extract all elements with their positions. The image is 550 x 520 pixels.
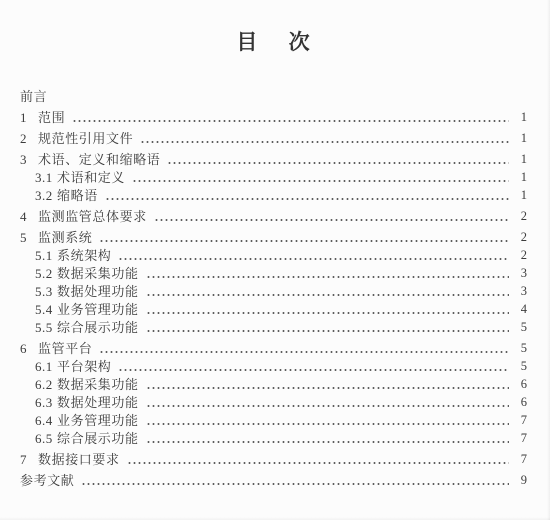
toc-entry: 6.3数据处理功能6 [20, 395, 527, 410]
page-number: 2 [515, 230, 527, 245]
dot-leader [146, 302, 509, 317]
page-number: 1 [515, 131, 527, 146]
entry-number: 6.4 [35, 413, 57, 428]
entry-number: 2 [20, 131, 38, 146]
entry-label: 综合展示功能 [57, 320, 139, 335]
entry-label: 规范性引用文件 [38, 131, 133, 146]
toc-entry: 5.2数据采集功能3 [20, 266, 527, 281]
entry-label: 数据接口要求 [38, 452, 120, 467]
dot-leader [154, 209, 509, 224]
entry-label: 监测系统 [38, 230, 92, 245]
entry-label: 数据处理功能 [57, 395, 139, 410]
entry-number: 6.1 [35, 359, 57, 374]
page-number: 5 [515, 359, 527, 374]
toc-entry: 6.5综合展示功能7 [20, 431, 527, 446]
entry-label: 范围 [38, 110, 65, 125]
dot-leader [127, 452, 509, 467]
dot-leader [146, 284, 509, 299]
toc-entry: 2规范性引用文件1 [20, 131, 527, 146]
entry-number: 6.2 [35, 377, 57, 392]
toc-entry: 1范围1 [20, 110, 527, 125]
entry-number: 3 [20, 152, 38, 167]
entry-label: 平台架构 [57, 359, 111, 374]
dot-leader [81, 473, 509, 488]
entry-label: 业务管理功能 [57, 413, 139, 428]
page-number: 5 [515, 320, 527, 335]
toc-entry: 5监测系统2 [20, 230, 527, 245]
entry-label: 系统架构 [57, 248, 111, 263]
toc-entry: 7数据接口要求7 [20, 452, 527, 467]
dot-leader [72, 110, 509, 125]
entry-label: 术语和定义 [57, 170, 125, 185]
page-number: 1 [515, 152, 527, 167]
page-number: 1 [515, 188, 527, 203]
document-page: 目 次 前言1范围12规范性引用文件13术语、定义和缩略语13.1术语和定义13… [0, 0, 550, 520]
entry-label: 数据处理功能 [57, 284, 139, 299]
dot-leader [146, 395, 509, 410]
toc-entry: 4监测监管总体要求2 [20, 209, 527, 224]
entry-label: 监管平台 [38, 341, 92, 356]
toc-entry: 5.3数据处理功能3 [20, 284, 527, 299]
dot-leader [167, 152, 509, 167]
dot-leader [140, 131, 509, 146]
toc-entry: 3术语、定义和缩略语1 [20, 152, 527, 167]
entry-label: 监测监管总体要求 [38, 209, 147, 224]
entry-number: 7 [20, 452, 38, 467]
toc-entry: 5.1系统架构2 [20, 248, 527, 263]
entry-number: 5.3 [35, 284, 57, 299]
toc-entry: 5.4业务管理功能4 [20, 302, 527, 317]
entry-label: 综合展示功能 [57, 431, 139, 446]
page-number: 2 [515, 209, 527, 224]
page-number: 9 [515, 473, 527, 488]
dot-leader [99, 230, 509, 245]
entry-label: 数据采集功能 [57, 266, 139, 281]
toc-entry: 参考文献9 [20, 473, 527, 488]
entry-label: 前言 [20, 89, 47, 104]
toc-entry: 6.4业务管理功能7 [20, 413, 527, 428]
page-number: 3 [515, 266, 527, 281]
entry-label: 业务管理功能 [57, 302, 139, 317]
toc-entry: 6.1平台架构5 [20, 359, 527, 374]
entry-number: 6.5 [35, 431, 57, 446]
dot-leader [132, 170, 509, 185]
entry-number: 6.3 [35, 395, 57, 410]
page-number: 6 [515, 395, 527, 410]
entry-number: 4 [20, 209, 38, 224]
page-title: 目 次 [20, 26, 527, 56]
page-number: 6 [515, 377, 527, 392]
toc-entry: 6.2数据采集功能6 [20, 377, 527, 392]
entry-number: 5.2 [35, 266, 57, 281]
page-number: 7 [515, 431, 527, 446]
entry-number: 1 [20, 110, 38, 125]
dot-leader [99, 341, 509, 356]
entry-number: 5.4 [35, 302, 57, 317]
dot-leader [118, 359, 509, 374]
dot-leader [146, 413, 509, 428]
entry-number: 3.1 [35, 170, 57, 185]
entry-number: 5 [20, 230, 38, 245]
page-number: 1 [515, 110, 527, 125]
entry-label: 缩略语 [57, 188, 98, 203]
entry-label: 数据采集功能 [57, 377, 139, 392]
dot-leader [118, 248, 509, 263]
dot-leader [146, 431, 509, 446]
page-number: 3 [515, 284, 527, 299]
entry-number: 5.1 [35, 248, 57, 263]
dot-leader [146, 377, 509, 392]
toc-entry: 3.1术语和定义1 [20, 170, 527, 185]
toc-entry: 前言 [20, 89, 527, 104]
page-number: 1 [515, 170, 527, 185]
entry-number: 5.5 [35, 320, 57, 335]
toc-entry: 6监管平台5 [20, 341, 527, 356]
page-number: 7 [515, 452, 527, 467]
page-number: 4 [515, 302, 527, 317]
dot-leader [146, 266, 509, 281]
page-number: 5 [515, 341, 527, 356]
toc-entry: 3.2缩略语1 [20, 188, 527, 203]
page-number: 2 [515, 248, 527, 263]
page-number: 7 [515, 413, 527, 428]
entry-number: 6 [20, 341, 38, 356]
entry-label: 参考文献 [20, 473, 74, 488]
entry-number: 3.2 [35, 188, 57, 203]
entry-label: 术语、定义和缩略语 [38, 152, 160, 167]
toc-entry: 5.5综合展示功能5 [20, 320, 527, 335]
toc-list: 前言1范围12规范性引用文件13术语、定义和缩略语13.1术语和定义13.2缩略… [20, 89, 527, 488]
dot-leader [146, 320, 509, 335]
dot-leader [105, 188, 509, 203]
